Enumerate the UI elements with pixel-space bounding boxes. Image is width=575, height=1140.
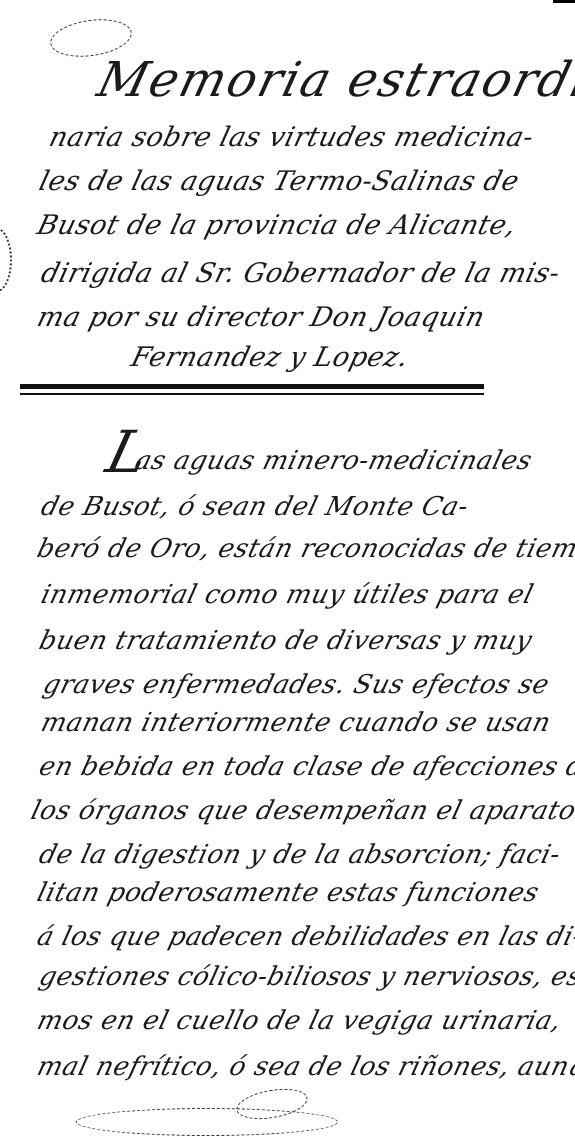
manuscript-page: Memoria estraordi- naria sobre las virtu… xyxy=(0,0,575,1140)
body-line-12: á los que padecen debilidades en las di- xyxy=(34,922,575,952)
section-divider-thin xyxy=(20,393,484,395)
body-line-7: manan interiormente cuando se usan xyxy=(38,708,554,738)
scan-corner-mark xyxy=(553,0,575,3)
title-line-3: les de las aguas Termo-Salinas de xyxy=(36,166,522,197)
body-line-13: gestiones cólico-biliosos y nerviosos, e… xyxy=(36,962,575,992)
body-line-9: los órganos que desempeñan el aparato xyxy=(28,796,575,826)
body-line-10: de la digestion y de la absorcion; faci- xyxy=(36,840,564,870)
title-line-1: Memoria estraordi- xyxy=(92,52,575,108)
body-line-11: litan poderosamente estas funciones xyxy=(34,878,542,908)
body-line-8: en bebida en toda clase de afecciones de xyxy=(36,752,575,782)
section-divider-thick xyxy=(20,384,484,389)
body-line-4: inmemorial como muy útiles para el xyxy=(38,580,537,610)
body-line-2: de Busot, ó sean del Monte Ca- xyxy=(38,492,472,522)
body-line-15: mal nefrítico, ó sea de los riñones, aun… xyxy=(34,1052,575,1082)
title-line-2: naria sobre las virtudes medicina- xyxy=(46,122,537,153)
title-line-5: dirigida al Sr. Gobernador de la mis- xyxy=(38,258,563,289)
title-line-4: Busot de la provincia de Alicante, xyxy=(34,210,519,241)
bottom-flourish-loop xyxy=(76,1108,338,1136)
body-line-14: mos en el cuello de la vegiga urinaria, xyxy=(34,1006,565,1036)
title-line-7-author: Fernandez y Lopez. xyxy=(128,342,412,373)
title-line-6: ma por su director Don Joaquin xyxy=(34,302,488,333)
body-line-3: beró de Oro, están reconocidas de tiempo xyxy=(34,534,575,564)
body-line-5: buen tratamiento de diversas y muy xyxy=(36,626,535,656)
body-line-1: as aguas minero-medicinales xyxy=(132,446,535,476)
ink-stamp-seal xyxy=(0,228,12,292)
body-line-6: graves enfermedades. Sus efectos se xyxy=(40,670,552,700)
